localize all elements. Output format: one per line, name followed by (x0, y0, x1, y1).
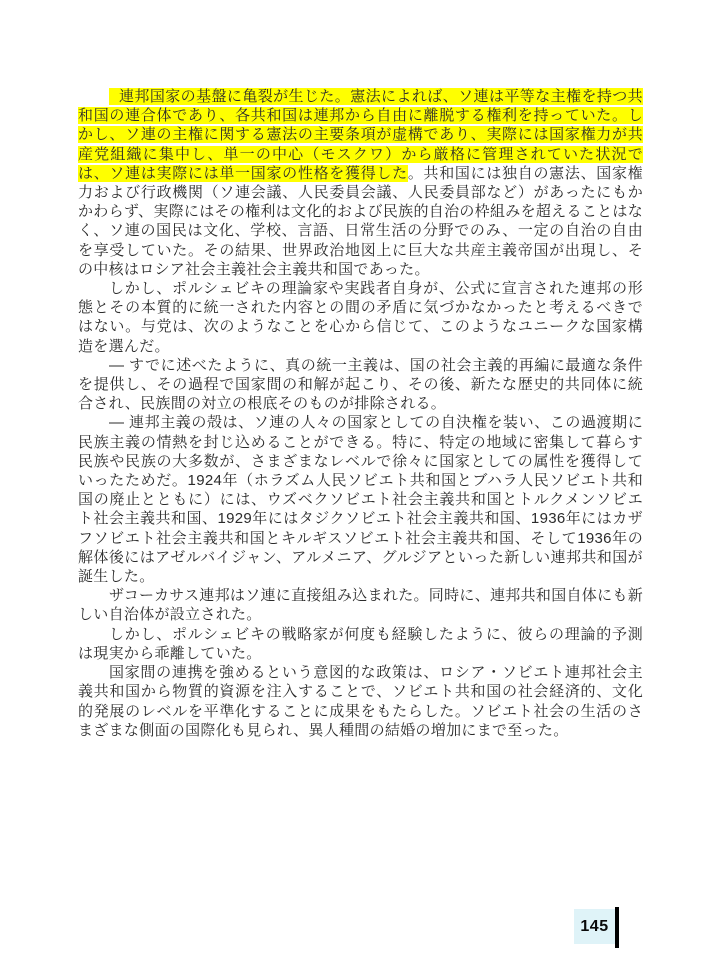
page-number-bar (615, 907, 619, 948)
text-segment: しかし、ポルシェビキの戦略家が何度も経験したように、彼らの理論的予測は現実から乖… (78, 626, 643, 662)
document-page: 連邦国家の基盤に亀裂が生じた。憲法によれば、ソ連は平等な主権を持つ共和国の連合体… (0, 0, 720, 960)
body-text: 連邦国家の基盤に亀裂が生じた。憲法によれば、ソ連は平等な主権を持つ共和国の連合体… (78, 87, 643, 740)
paragraph-1: 連邦国家の基盤に亀裂が生じた。憲法によれば、ソ連は平等な主権を持つ共和国の連合体… (78, 87, 643, 279)
paragraph-3: — すでに述べたように、真の統一主義は、国の社会主義的再編に最適な条件を提供し、… (78, 356, 643, 414)
paragraph-4: — 連邦主義の殻は、ソ連の人々の国家としての自決権を装い、この過渡期に民族主義の… (78, 413, 643, 586)
paragraph-6: しかし、ポルシェビキの戦略家が何度も経験したように、彼らの理論的予測は現実から乖… (78, 625, 643, 663)
page-number: 145 (574, 909, 615, 944)
text-segment: — 連邦主義の殻は、ソ連の人々の国家としての自決権を装い、この過渡期に民族主義の… (78, 414, 643, 585)
text-segment: — すでに述べたように、真の統一主義は、国の社会主義的再編に最適な条件を提供し、… (78, 357, 643, 412)
paragraph-2: しかし、ポルシェビキの理論家や実践者自身が、公式に宣言された連邦の形態とその本質… (78, 279, 643, 356)
paragraph-7: 国家間の連携を強めるという意図的な政策は、ロシア・ソビエト連邦社会主義共和国から… (78, 663, 643, 740)
text-segment: しかし、ポルシェビキの理論家や実践者自身が、公式に宣言された連邦の形態とその本質… (78, 280, 643, 355)
page-number-label: 145 (580, 918, 608, 936)
text-segment: ザコーカサス連邦はソ連に直接組み込まれた。同時に、連邦共和国自体にも新しい自治体… (78, 587, 643, 623)
text-segment: 国家間の連携を強めるという意図的な政策は、ロシア・ソビエト連邦社会主義共和国から… (78, 664, 643, 739)
paragraph-5: ザコーカサス連邦はソ連に直接組み込まれた。同時に、連邦共和国自体にも新しい自治体… (78, 586, 643, 624)
